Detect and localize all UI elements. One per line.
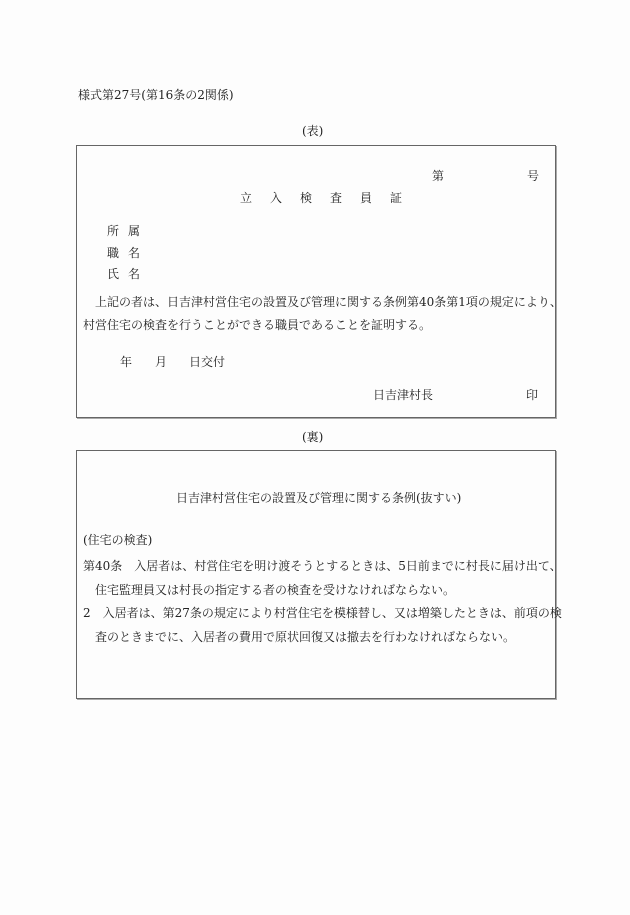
date-month: 月	[155, 353, 167, 370]
number-prefix: 第	[432, 167, 444, 184]
back-side-label: (裏)	[302, 428, 323, 445]
front-side-label: (表)	[302, 122, 323, 139]
number-suffix: 号	[527, 167, 539, 184]
field-affiliation: 所属	[107, 222, 149, 239]
seal-mark: 印	[526, 386, 538, 403]
section-heading: (住宅の検査)	[83, 531, 152, 548]
item-2-line-1: 2 入居者は、第27条の規定により村営住宅を模様替し、又は増築したときは、前項の…	[83, 602, 562, 625]
back-card: 日吉津村営住宅の設置及び管理に関する条例(抜すい) (住宅の検査) 第40条 入…	[76, 450, 556, 699]
form-number: 様式第27号(第16条の2関係)	[78, 86, 234, 103]
date-day-issued: 日交付	[189, 353, 225, 370]
ordinance-title: 日吉津村営住宅の設置及び管理に関する条例(抜すい)	[176, 489, 461, 506]
article-40-line-2: 住宅監理員又は村長の指定する者の検査を受けなければならない。	[95, 579, 455, 602]
issuer-name: 日吉津村長	[373, 386, 433, 403]
field-position: 職名	[107, 244, 149, 261]
date-year: 年	[120, 353, 132, 370]
statement-line-2: 村営住宅の検査を行うことができる職員であることを証明する。	[83, 314, 431, 337]
field-name: 氏名	[107, 265, 149, 282]
card-title: 立入検査員証	[240, 189, 420, 206]
article-40-line-1: 第40条 入居者は、村営住宅を明け渡そうとするときは、5日前までに村長に届け出て…	[83, 555, 562, 578]
statement-line-1: 上記の者は、日吉津村営住宅の設置及び管理に関する条例第40条第1項の規定により、	[95, 291, 562, 314]
item-2-line-2: 査のときまでに、入居者の費用で原状回復又は撤去を行わなければならない。	[95, 626, 515, 649]
front-card: 第 号 立入検査員証 所属 職名 氏名 上記の者は、日吉津村営住宅の設置及び管理…	[76, 145, 556, 418]
